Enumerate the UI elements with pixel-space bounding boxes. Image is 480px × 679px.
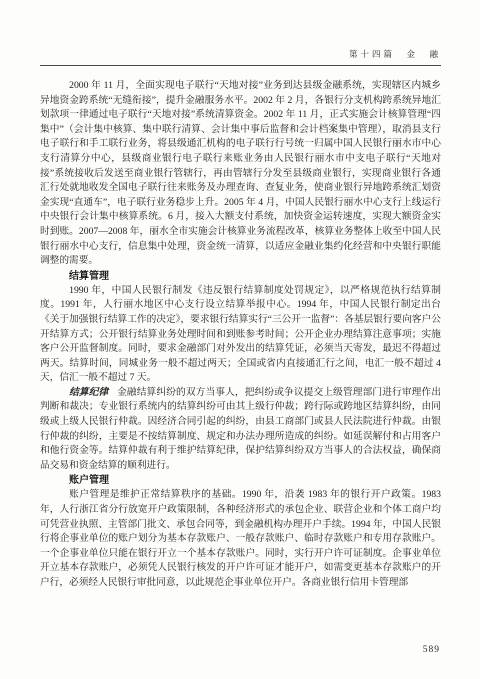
paragraph-account-management: 账户管理是维护正常结算秩序的基础。1990 年，沿袭 1983 年的银行开户政策…: [40, 488, 441, 590]
page-number: 589: [423, 645, 440, 655]
lead-term-settlement-discipline: 结算纪律: [69, 387, 108, 398]
section-heading-account-management: 账户管理: [40, 473, 441, 488]
page-content: 第十四篇 金 融 2000 年 11 月，全面实现电子联行“天地对接”业务到达县…: [40, 48, 441, 591]
paragraph-settlement-rules: 1990 年，中国人民银行制发《违反银行结算制度处罚规定》，以严格规范执行结算制…: [40, 284, 441, 386]
running-head: 第十四篇 金 融: [40, 48, 441, 66]
paragraph-settlement-discipline: 结算纪律金融结算纠纷的双方当事人，把纠纷或争议提交上级管理部门进行审理作出判断和…: [40, 386, 441, 474]
section-heading-settlement-management: 结算管理: [40, 269, 441, 284]
paragraph-electronic-interbank: 2000 年 11 月，全面实现电子联行“天地对接”业务到达县级金融系统，实现辖…: [40, 79, 441, 269]
book-page: 第十四篇 金 融 2000 年 11 月，全面实现电子联行“天地对接”业务到达县…: [0, 0, 480, 679]
paragraph-settlement-discipline-text: 金融结算纠纷的双方当事人，把纠纷或争议提交上级管理部门进行审理作出判断和裁决；专…: [40, 387, 441, 471]
body-text: 2000 年 11 月，全面实现电子联行“天地对接”业务到达县级金融系统，实现辖…: [40, 79, 441, 591]
